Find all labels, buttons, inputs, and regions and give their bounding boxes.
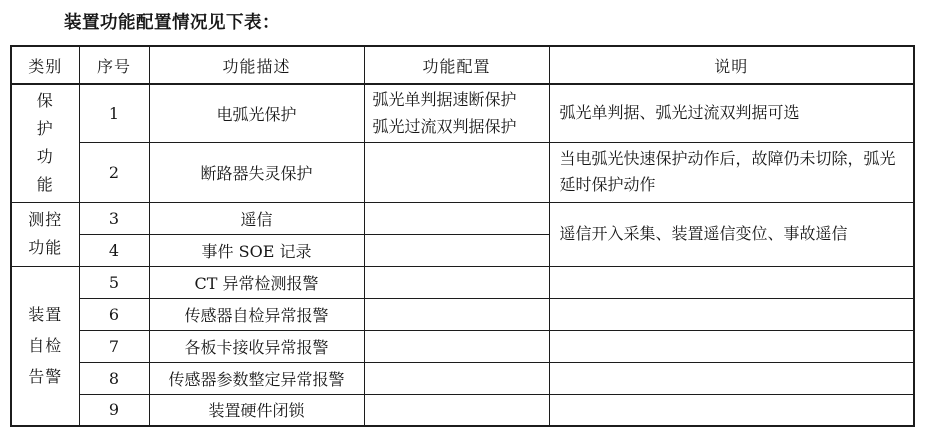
table-row: 2 断路器失灵保护 当电弧光快速保护动作后，故障仍未切除，弧光延时保护动作 bbox=[11, 142, 914, 202]
function-configuration bbox=[364, 266, 549, 298]
function-config-table: 类别 序号 功能描述 功能配置 说明 保 护 功 能 1 电弧光保护 弧光单判据… bbox=[10, 45, 915, 427]
function-configuration bbox=[364, 330, 549, 362]
table-row: 9 装置硬件闭锁 bbox=[11, 394, 914, 426]
header-configuration: 功能配置 bbox=[364, 46, 549, 84]
category-line: 能 bbox=[12, 171, 79, 199]
row-number: 6 bbox=[79, 298, 149, 330]
function-configuration bbox=[364, 234, 549, 266]
table-row: 6 传感器自检异常报警 bbox=[11, 298, 914, 330]
note-cell bbox=[549, 362, 914, 394]
note-cell bbox=[549, 330, 914, 362]
header-number: 序号 bbox=[79, 46, 149, 84]
document-page: 装置功能配置情况见下表： 类别 序号 功能描述 功能配置 说明 保 护 功 能 … bbox=[0, 0, 926, 445]
note-cell: 当电弧光快速保护动作后，故障仍未切除，弧光延时保护动作 bbox=[549, 142, 914, 202]
category-line: 测控 bbox=[12, 206, 79, 234]
category-line: 告警 bbox=[12, 361, 79, 392]
header-description: 功能描述 bbox=[149, 46, 364, 84]
function-description: 传感器参数整定异常报警 bbox=[149, 362, 364, 394]
row-number: 1 bbox=[79, 84, 149, 142]
category-cell-measurement: 测控 功能 bbox=[11, 202, 79, 266]
function-configuration bbox=[364, 362, 549, 394]
function-configuration bbox=[364, 394, 549, 426]
function-configuration bbox=[364, 142, 549, 202]
note-cell bbox=[549, 298, 914, 330]
category-line: 功 bbox=[12, 143, 79, 171]
note-cell bbox=[549, 394, 914, 426]
table-row: 装置 自检 告警 5 CT 异常检测报警 bbox=[11, 266, 914, 298]
function-description: 断路器失灵保护 bbox=[149, 142, 364, 202]
note-cell: 弧光单判据、弧光过流双判据可选 bbox=[549, 84, 914, 142]
row-number: 9 bbox=[79, 394, 149, 426]
category-line: 护 bbox=[12, 115, 79, 143]
function-description: 各板卡接收异常报警 bbox=[149, 330, 364, 362]
header-category: 类别 bbox=[11, 46, 79, 84]
row-number: 2 bbox=[79, 142, 149, 202]
function-description: CT 异常检测报警 bbox=[149, 266, 364, 298]
page-title: 装置功能配置情况见下表： bbox=[64, 9, 280, 34]
config-line: 弧光过流双判据保护 bbox=[365, 113, 549, 140]
function-configuration bbox=[364, 202, 549, 234]
function-description: 电弧光保护 bbox=[149, 84, 364, 142]
category-line: 自检 bbox=[12, 330, 79, 361]
row-number: 4 bbox=[79, 234, 149, 266]
row-number: 3 bbox=[79, 202, 149, 234]
row-number: 5 bbox=[79, 266, 149, 298]
note-cell-merged: 遥信开入采集、装置遥信变位、事故遥信 bbox=[549, 202, 914, 266]
function-description: 遥信 bbox=[149, 202, 364, 234]
function-configuration: 弧光单判据速断保护 弧光过流双判据保护 bbox=[364, 84, 549, 142]
table-header-row: 类别 序号 功能描述 功能配置 说明 bbox=[11, 46, 914, 84]
table-row: 7 各板卡接收异常报警 bbox=[11, 330, 914, 362]
row-number: 8 bbox=[79, 362, 149, 394]
note-cell bbox=[549, 266, 914, 298]
config-line: 弧光单判据速断保护 bbox=[365, 86, 549, 113]
row-number: 7 bbox=[79, 330, 149, 362]
header-note: 说明 bbox=[549, 46, 914, 84]
table-row: 保 护 功 能 1 电弧光保护 弧光单判据速断保护 弧光过流双判据保护 弧光单判… bbox=[11, 84, 914, 142]
function-configuration bbox=[364, 298, 549, 330]
category-line: 保 bbox=[12, 87, 79, 115]
category-line: 装置 bbox=[12, 299, 79, 330]
category-line: 功能 bbox=[12, 234, 79, 262]
function-description: 传感器自检异常报警 bbox=[149, 298, 364, 330]
table-row: 8 传感器参数整定异常报警 bbox=[11, 362, 914, 394]
function-description: 装置硬件闭锁 bbox=[149, 394, 364, 426]
table-row: 测控 功能 3 遥信 遥信开入采集、装置遥信变位、事故遥信 bbox=[11, 202, 914, 234]
category-cell-protection: 保 护 功 能 bbox=[11, 84, 79, 202]
category-cell-selfcheck: 装置 自检 告警 bbox=[11, 266, 79, 426]
function-description: 事件 SOE 记录 bbox=[149, 234, 364, 266]
